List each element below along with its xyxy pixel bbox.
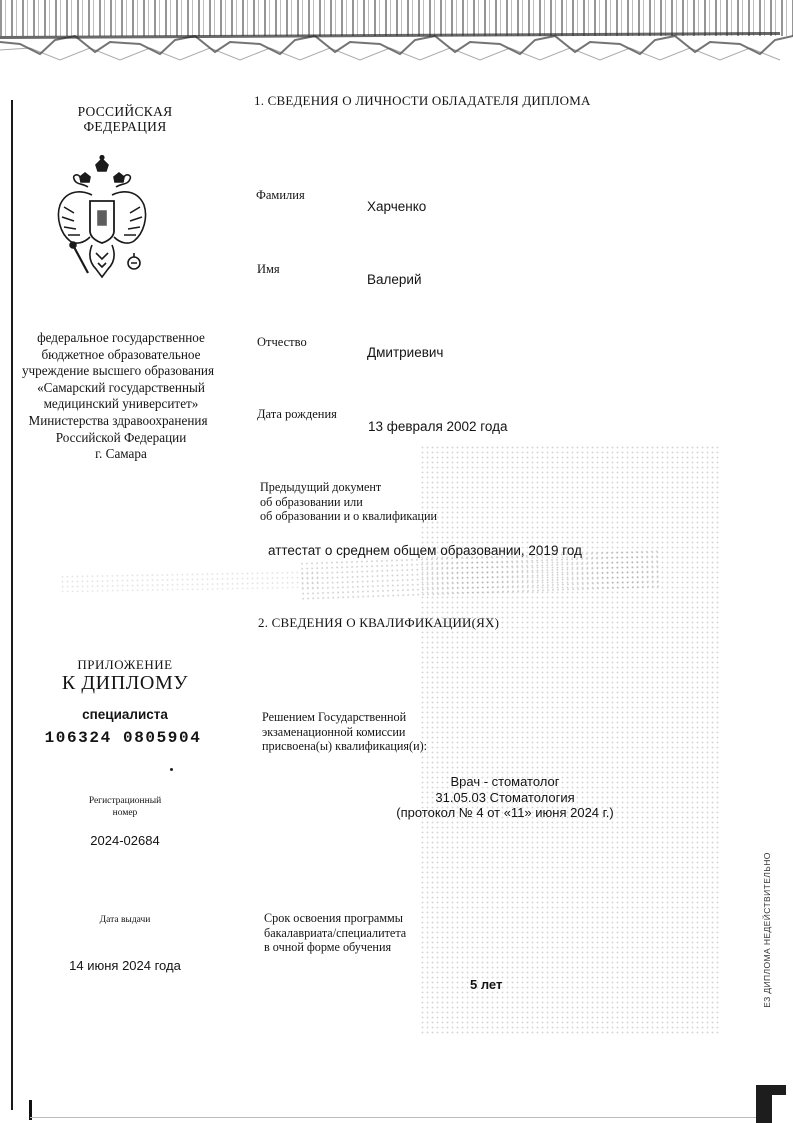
study-term-label: Срок освоения программы бакалавриата/спе… bbox=[264, 911, 406, 955]
org-line: медицинский университет» bbox=[14, 396, 228, 413]
halftone-background bbox=[420, 445, 720, 1035]
decision-label-line: присвоена(ы) квалификация(и): bbox=[262, 739, 427, 754]
org-line: Российской Федерации bbox=[14, 430, 228, 447]
term-label-line: бакалавриата/специалитета bbox=[264, 926, 406, 941]
left-border-line bbox=[11, 100, 13, 1110]
term-label-line: Срок освоения программы bbox=[264, 911, 406, 926]
qualification-specialty: 31.05.03 Стоматология bbox=[360, 790, 650, 806]
study-term-value: 5 лет bbox=[470, 977, 502, 992]
decision-label-line: экзаменационной комиссии bbox=[262, 725, 427, 740]
coat-of-arms-russia-icon bbox=[52, 155, 152, 285]
country-name: РОССИЙСКАЯ ФЕДЕРАЦИЯ bbox=[40, 104, 210, 134]
commission-decision-label: Решением Государственной экзаменационной… bbox=[262, 710, 427, 754]
org-line: бюджетное образовательное bbox=[14, 347, 228, 364]
registration-label-line1: Регистрационный bbox=[40, 795, 210, 807]
patronymic-label: Отчество bbox=[257, 335, 307, 350]
first-name-value: Валерий bbox=[367, 272, 422, 287]
org-line: г. Самара bbox=[14, 446, 228, 463]
organization-name: федеральное государственное бюджетное об… bbox=[14, 330, 228, 463]
birth-date-value: 13 февраля 2002 года bbox=[368, 419, 508, 434]
registration-label-line2: номер bbox=[40, 807, 210, 819]
country-name-line2: ФЕДЕРАЦИЯ bbox=[40, 119, 210, 134]
previous-document-label-line: об образовании и о квалификации bbox=[260, 509, 437, 524]
qualification-title: Врач - стоматолог bbox=[360, 774, 650, 790]
previous-document-label-line: Предыдущий документ bbox=[260, 480, 437, 495]
org-line: учреждение высшего образования bbox=[8, 363, 228, 380]
first-name-label: Имя bbox=[257, 262, 280, 277]
registration-number: 2024-02684 bbox=[40, 833, 210, 848]
registration-number-label: Регистрационный номер bbox=[40, 795, 210, 819]
decision-label-line: Решением Государственной bbox=[262, 710, 427, 725]
corner-mark-bottom-right-top bbox=[756, 1085, 786, 1095]
appendix-title: ПРИЛОЖЕНИЕ К ДИПЛОМУ bbox=[40, 657, 210, 694]
org-line: «Самарский государственный bbox=[14, 380, 228, 397]
section1-title: 1. СВЕДЕНИЯ О ЛИЧНОСТИ ОБЛАДАТЕЛЯ ДИПЛОМ… bbox=[254, 93, 591, 109]
issue-date-label: Дата выдачи bbox=[40, 915, 210, 925]
degree-type: специалиста bbox=[40, 707, 210, 722]
qualification-protocol: (протокол № 4 от «11» июня 2024 г.) bbox=[360, 805, 650, 821]
ink-speck bbox=[170, 768, 173, 771]
org-line: Министерства здравоохранения bbox=[8, 413, 228, 430]
term-label-line: в очной форме обучения bbox=[264, 940, 406, 955]
qualification-block: Врач - стоматолог 31.05.03 Стоматология … bbox=[360, 774, 650, 821]
previous-document-label: Предыдущий документ об образовании или о… bbox=[260, 480, 437, 524]
surname-value: Харченко bbox=[367, 199, 426, 214]
previous-document-value: аттестат о среднем общем образовании, 20… bbox=[268, 543, 582, 558]
org-line: федеральное государственное bbox=[14, 330, 228, 347]
patronymic-value: Дмитриевич bbox=[367, 345, 443, 360]
appendix-title-line2: К ДИПЛОМУ bbox=[40, 672, 210, 694]
surname-label: Фамилия bbox=[256, 188, 305, 203]
bottom-border-line bbox=[30, 1117, 760, 1118]
section2-title: 2. СВЕДЕНИЯ О КВАЛИФИКАЦИИ(ЯХ) bbox=[258, 615, 499, 631]
side-validity-note: ЕЗ ДИПЛОМА НЕДЕЙСТВИТЕЛЬНО bbox=[762, 835, 772, 1025]
halftone-band-faint bbox=[60, 570, 320, 593]
previous-document-label-line: об образовании или bbox=[260, 495, 437, 510]
country-name-line1: РОССИЙСКАЯ bbox=[40, 104, 210, 119]
issue-date: 14 июня 2024 года bbox=[40, 958, 210, 973]
birth-date-label: Дата рождения bbox=[257, 407, 337, 422]
appendix-title-line1: ПРИЛОЖЕНИЕ bbox=[40, 657, 210, 672]
serial-number: 106324 0805904 bbox=[18, 729, 228, 747]
